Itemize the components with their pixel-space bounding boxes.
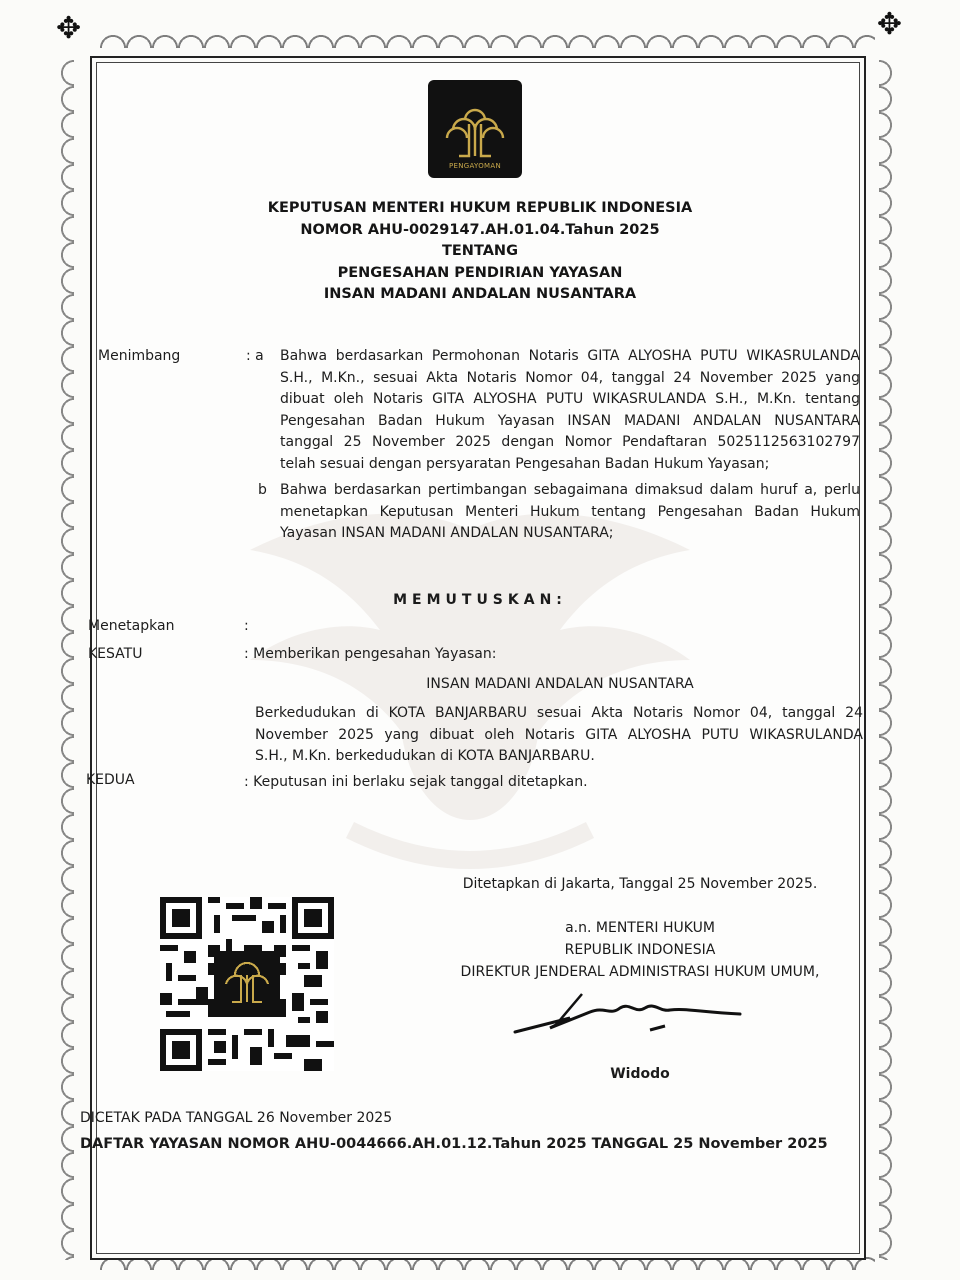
text-line: Pengesahan Badan Hukum Yayasan INSAN MAD… [280,411,860,433]
menetapkan-colon: : [244,618,249,634]
text-line: S.H., M.Kn., sesuai Akta Notaris Nomor 0… [280,368,860,390]
text-line: Bahwa berdasarkan pertimbangan sebagaima… [280,480,860,502]
text-line: November 2025 yang dibuat oleh Notaris G… [255,725,863,747]
decorative-border-top [100,22,875,50]
pengayoman-tree-icon [443,100,507,162]
text-line: Yayasan INSAN MADANI ANDALAN NUSANTARA; [280,523,860,545]
signatory-line-1: a.n. MENTERI HUKUM [420,920,860,936]
decree-number: NOMOR AHU-0029147.AH.01.04.Tahun 2025 [0,220,960,242]
menimbang-item-b: Bahwa berdasarkan pertimbangan sebagaima… [280,480,860,545]
text-line: telah sesuai dengan persyaratan Pengesah… [280,454,860,476]
pengayoman-logo: PENGAYOMAN [428,80,522,178]
place-date: Ditetapkan di Jakarta, Tanggal 25 Novemb… [420,876,860,892]
text-line: S.H., M.Kn. berkedudukan di KOTA BANJARB… [255,746,863,768]
corner-ornament-icon: ✥ [56,14,81,44]
signatory-line-2: REPUBLIK INDONESIA [420,942,860,958]
item-marker-a: : a [246,348,264,364]
signature-icon [510,990,760,1040]
menimbang-item-a: Bahwa berdasarkan Permohonan Notaris GIT… [280,346,860,475]
qr-code-icon[interactable] [160,897,334,1071]
item-marker-b: b [258,482,267,498]
title-line: PENGESAHAN PENDIRIAN YAYASAN [0,263,960,285]
kesatu-text: : Memberikan pengesahan Yayasan: [244,646,496,662]
menetapkan-label: Menetapkan [88,618,174,634]
title-line: KEPUTUSAN MENTERI HUKUM REPUBLIK INDONES… [0,198,960,220]
kedua-label: KEDUA [86,772,135,788]
menimbang-label: Menimbang [98,348,180,364]
text-line: dibuat oleh Notaris GITA ALYOSHA PUTU WI… [280,389,860,411]
kesatu-detail: Berkedudukan di KOTA BANJARBARU sesuai A… [255,703,863,768]
logo-caption: PENGAYOMAN [449,162,501,170]
corner-ornament-icon: ✥ [877,10,902,40]
document-title: KEPUTUSAN MENTERI HUKUM REPUBLIK INDONES… [0,198,960,306]
text-line: menetapkan Keputusan Menteri Hukum tenta… [280,502,860,524]
text-line: Bahwa berdasarkan Permohonan Notaris GIT… [280,346,860,368]
kedua-text: : Keputusan ini berlaku sejak tanggal di… [244,774,588,790]
foundation-name: INSAN MADANI ANDALAN NUSANTARA [255,676,865,692]
registry-number: DAFTAR YAYASAN NOMOR AHU-0044666.AH.01.1… [80,1136,828,1152]
printed-date: DICETAK PADA TANGGAL 26 November 2025 [80,1110,392,1126]
signatory-name: Widodo [420,1066,860,1082]
text-line: Berkedudukan di KOTA BANJARBARU sesuai A… [255,703,863,725]
signatory-title: DIREKTUR JENDERAL ADMINISTRASI HUKUM UMU… [420,964,860,980]
text-line: tanggal 25 November 2025 dengan Nomor Pe… [280,432,860,454]
memutuskan-heading: MEMUTUSKAN: [0,592,960,608]
foundation-name-title: INSAN MADANI ANDALAN NUSANTARA [0,284,960,306]
kesatu-label: KESATU [88,646,142,662]
title-line: TENTANG [0,241,960,263]
